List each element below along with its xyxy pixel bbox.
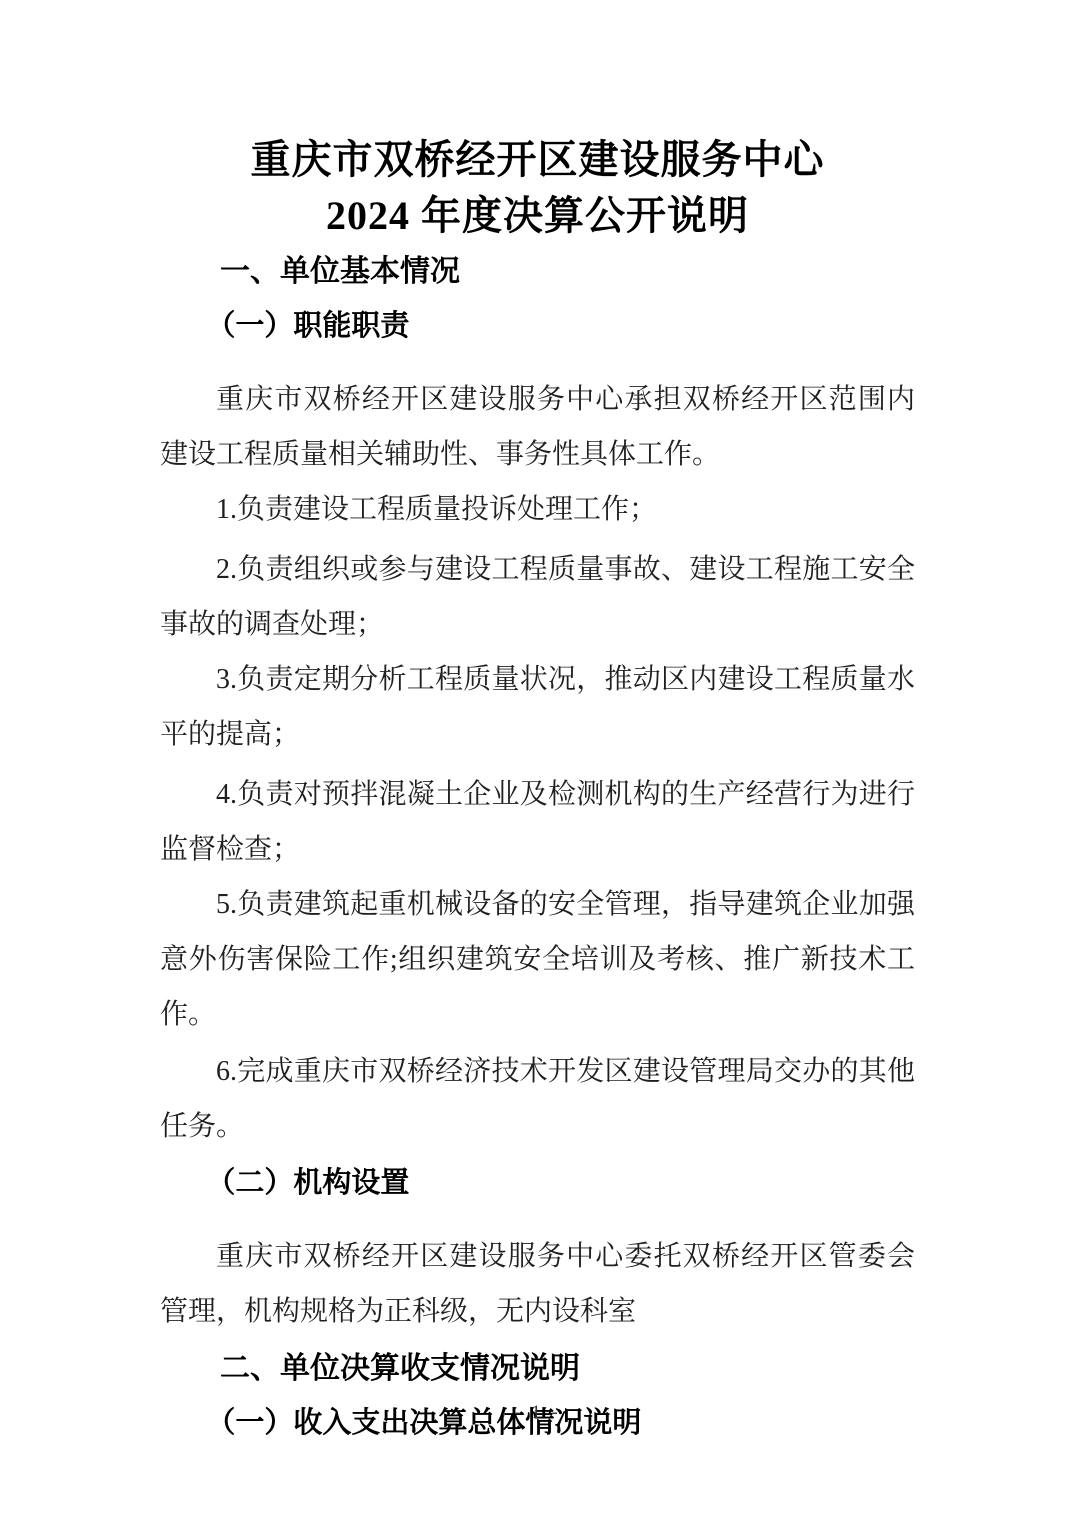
duty-item-2: 2.负责组织或参与建设工程质量事故、建设工程施工安全事故的调查处理； [160, 542, 915, 652]
document-content: 重庆市双桥经开区建设服务中心 2024 年度决算公开说明 一、单位基本情况 （一… [0, 132, 1075, 1451]
paragraph-duties-intro: 重庆市双桥经开区建设服务中心承担双桥经开区范围内建设工程质量相关辅助性、事务性具… [160, 372, 915, 482]
duty-item-5: 5.负责建筑起重机械设备的安全管理，指导建筑企业加强意外伤害保险工作;组织建筑安… [160, 877, 915, 1042]
subsection-heading-duties: （一）职能职责 [160, 299, 915, 354]
document-page: 重庆市双桥经开区建设服务中心 2024 年度决算公开说明 一、单位基本情况 （一… [0, 0, 1075, 1520]
section-heading-basic-info: 一、单位基本情况 [160, 244, 915, 299]
duty-item-3: 3.负责定期分析工程质量状况，推动区内建设工程质量水平的提高； [160, 652, 915, 762]
duty-item-1: 1.负责建设工程质量投诉处理工作； [160, 482, 915, 537]
document-title-line-2: 2024 年度决算公开说明 [160, 188, 915, 244]
page-number: - 1 - [0, 1400, 1075, 1426]
section-heading-budget: 二、单位决算收支情况说明 [160, 1341, 915, 1396]
paragraph-organization: 重庆市双桥经开区建设服务中心委托双桥经开区管委会管理，机构规格为正科级，无内设科… [160, 1229, 915, 1339]
document-title-block: 重庆市双桥经开区建设服务中心 2024 年度决算公开说明 [160, 132, 915, 244]
duty-item-4: 4.负责对预拌混凝土企业及检测机构的生产经营行为进行监督检查； [160, 767, 915, 877]
duty-item-6: 6.完成重庆市双桥经济技术开发区建设管理局交办的其他任务。 [160, 1044, 915, 1154]
subsection-heading-organization: （二）机构设置 [160, 1156, 915, 1211]
document-title-line-1: 重庆市双桥经开区建设服务中心 [160, 132, 915, 188]
